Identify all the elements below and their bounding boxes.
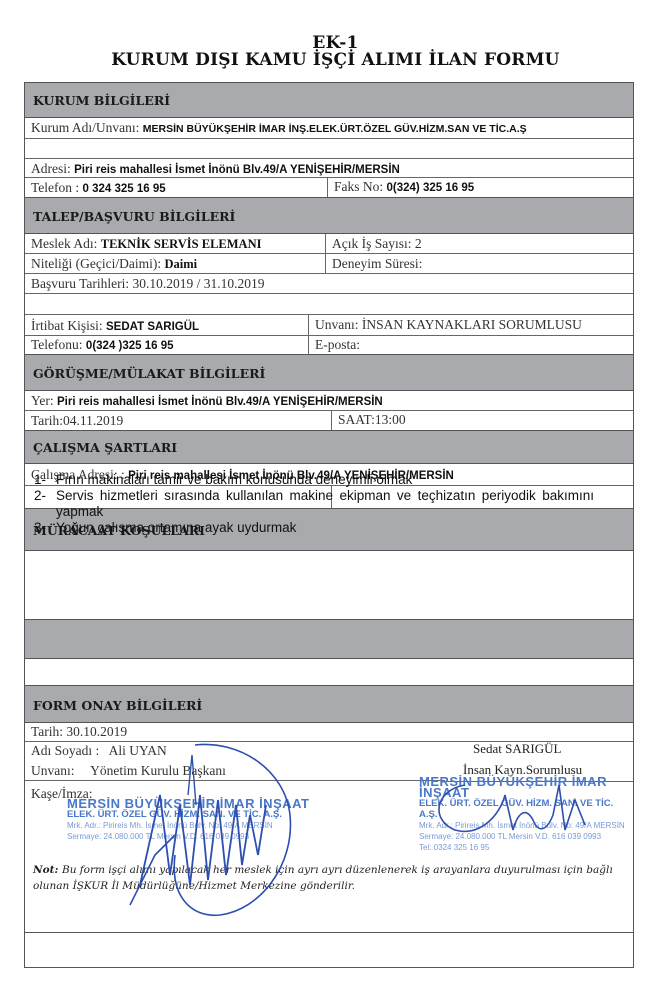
divider bbox=[25, 932, 633, 933]
fax-label: Faks No: bbox=[334, 179, 387, 194]
section-onay-header: FORM ONAY BİLGİLERİ bbox=[25, 685, 633, 723]
section-title: KURUM BİLGİLERİ bbox=[33, 93, 170, 108]
type-row: Niteliği (Geçici/Daimi): Daimi Deneyim S… bbox=[25, 254, 633, 274]
company-stamp-right: MERSİN BÜYÜKŞEHİR İMAR İNŞAAT ELEK. ÜRT.… bbox=[419, 776, 633, 853]
approval-date-row: Tarih: 30.10.2019 bbox=[25, 723, 633, 742]
place-label: Yer: bbox=[31, 393, 57, 408]
occupation-value: TEKNİK SERVİS ELEMANI bbox=[101, 237, 262, 251]
section-title: TALEP/BAŞVURU BİLGİLERİ bbox=[33, 209, 235, 224]
empty-row bbox=[25, 294, 633, 315]
dates-label: Başvuru Tarihleri: bbox=[31, 276, 133, 291]
type-value: Daimi bbox=[164, 257, 197, 271]
place-value: Piri reis mahallesi İsmet İnönü Blv.49/A… bbox=[57, 396, 383, 408]
phone-value: 0 324 325 16 95 bbox=[83, 183, 166, 195]
kurum-address-row: Adresi: Piri reis mahallesi İsmet İnönü … bbox=[25, 159, 633, 178]
section-title: ÇALIŞMA ŞARTLARI bbox=[33, 440, 177, 455]
open-jobs-label: Açık İş Sayısı: bbox=[332, 236, 415, 251]
dates-row: Başvuru Tarihleri: 30.10.2019 / 31.10.20… bbox=[25, 274, 633, 294]
contact-title-label: Unvanı: bbox=[315, 317, 362, 332]
second-signer-name: Sedat SARIGÜL bbox=[473, 741, 561, 757]
conditions-list: 1-Fırın makinaları tamir ve bakım konusu… bbox=[34, 472, 594, 536]
occupation-row: Meslek Adı: TEKNİK SERVİS ELEMANI Açık İ… bbox=[25, 234, 633, 254]
section-calisma-header: ÇALIŞMA ŞARTLARI bbox=[25, 430, 633, 464]
interview-date-row: Tarih:04.11.2019 SAAT:13:00 bbox=[25, 411, 633, 430]
approval-date-label: Tarih: bbox=[31, 724, 66, 739]
kurum-address-value: Piri reis mahallesi İsmet İnönü Blv.49/A… bbox=[74, 164, 400, 176]
contact-label: İrtibat Kişisi: bbox=[31, 318, 106, 333]
experience-label: Deneyim Süresi: bbox=[332, 256, 422, 271]
form-title: KURUM DIŞI KAMU İŞÇİ ALIMI İLAN FORMU bbox=[0, 50, 671, 70]
kurum-name-value: MERSİN BÜYÜKŞEHİR İMAR İNŞ.ELEK.ÜRT.ÖZEL… bbox=[143, 123, 527, 135]
email-label: E-posta: bbox=[315, 337, 360, 352]
approver-title-row: Unvanı: Yönetim Kurulu Başkanı bbox=[25, 761, 445, 781]
contact-phone-row: Telefonu: 0(324 )325 16 95 E-posta: bbox=[25, 336, 633, 354]
section-gorusme-header: GÖRÜŞME/MÜLAKAT BİLGİLERİ bbox=[25, 354, 633, 391]
contact-row: İrtibat Kişisi: SEDAT SARIGÜL Unvanı: İN… bbox=[25, 315, 633, 336]
contact-phone-label: Telefonu: bbox=[31, 337, 86, 352]
section-kurum-header: KURUM BİLGİLERİ bbox=[25, 82, 633, 118]
interview-date-label: Tarih: bbox=[31, 413, 63, 428]
approver-name-value: Ali UYAN bbox=[109, 743, 167, 758]
occupation-label: Meslek Adı: bbox=[31, 236, 101, 251]
approver-title-value: Yönetim Kurulu Başkanı bbox=[90, 763, 226, 778]
open-jobs-value: 2 bbox=[415, 236, 422, 251]
section-title: FORM ONAY BİLGİLERİ bbox=[33, 698, 202, 713]
contact-title-value: İNSAN KAYNAKLARI SORUMLUSU bbox=[362, 317, 582, 332]
approver-name-label: Adı Soyadı : bbox=[31, 743, 99, 758]
section-title: GÖRÜŞME/MÜLAKAT BİLGİLERİ bbox=[33, 366, 265, 381]
condition-item: 2-Servis hizmetleri sırasında kullanılan… bbox=[34, 488, 594, 520]
section-talep-header: TALEP/BAŞVURU BİLGİLERİ bbox=[25, 197, 633, 234]
kurum-address-label: Adresi: bbox=[31, 161, 74, 176]
fax-value: 0(324) 325 16 95 bbox=[387, 182, 475, 194]
interview-time-label: SAAT: bbox=[338, 412, 375, 427]
condition-item: 3-Yoğun çalışma ortamına ayak uydurmak bbox=[34, 520, 594, 536]
empty-row bbox=[25, 659, 633, 685]
interview-time-value: 13:00 bbox=[375, 412, 406, 427]
note-text: Bu form işçi alımı yapılacak her meslek … bbox=[33, 864, 613, 892]
kurum-phone-row: Telefon : 0 324 325 16 95 Faks No: 0(324… bbox=[25, 178, 633, 197]
condition-item: 1-Fırın makinaları tamir ve bakım konusu… bbox=[34, 472, 594, 488]
form-note: Not: Bu form işçi alımı yapılacak her me… bbox=[33, 862, 628, 894]
company-stamp-left: MERSİN BÜYÜKŞEHİR İMAR İNŞAAT ELEK. ÜRT.… bbox=[67, 798, 310, 842]
approver-title-label: Unvanı: bbox=[31, 763, 75, 778]
kurum-name-row: Kurum Adı/Unvanı: MERSİN BÜYÜKŞEHİR İMAR… bbox=[25, 118, 633, 139]
kurum-name-label: Kurum Adı/Unvanı: bbox=[31, 120, 143, 135]
empty-band bbox=[25, 619, 633, 659]
phone-label: Telefon : bbox=[31, 180, 83, 195]
empty-row bbox=[25, 139, 633, 159]
dates-value: 30.10.2019 / 31.10.2019 bbox=[133, 276, 265, 291]
contact-value: SEDAT SARIGÜL bbox=[106, 321, 199, 333]
approval-date-value: 30.10.2019 bbox=[66, 724, 127, 739]
interview-date-value: 04.11.2019 bbox=[63, 413, 123, 428]
type-label: Niteliği (Geçici/Daimi): bbox=[31, 256, 164, 271]
contact-phone-value: 0(324 )325 16 95 bbox=[86, 340, 174, 352]
note-label: Not: bbox=[33, 864, 62, 876]
interview-place-row: Yer: Piri reis mahallesi İsmet İnönü Blv… bbox=[25, 391, 633, 411]
